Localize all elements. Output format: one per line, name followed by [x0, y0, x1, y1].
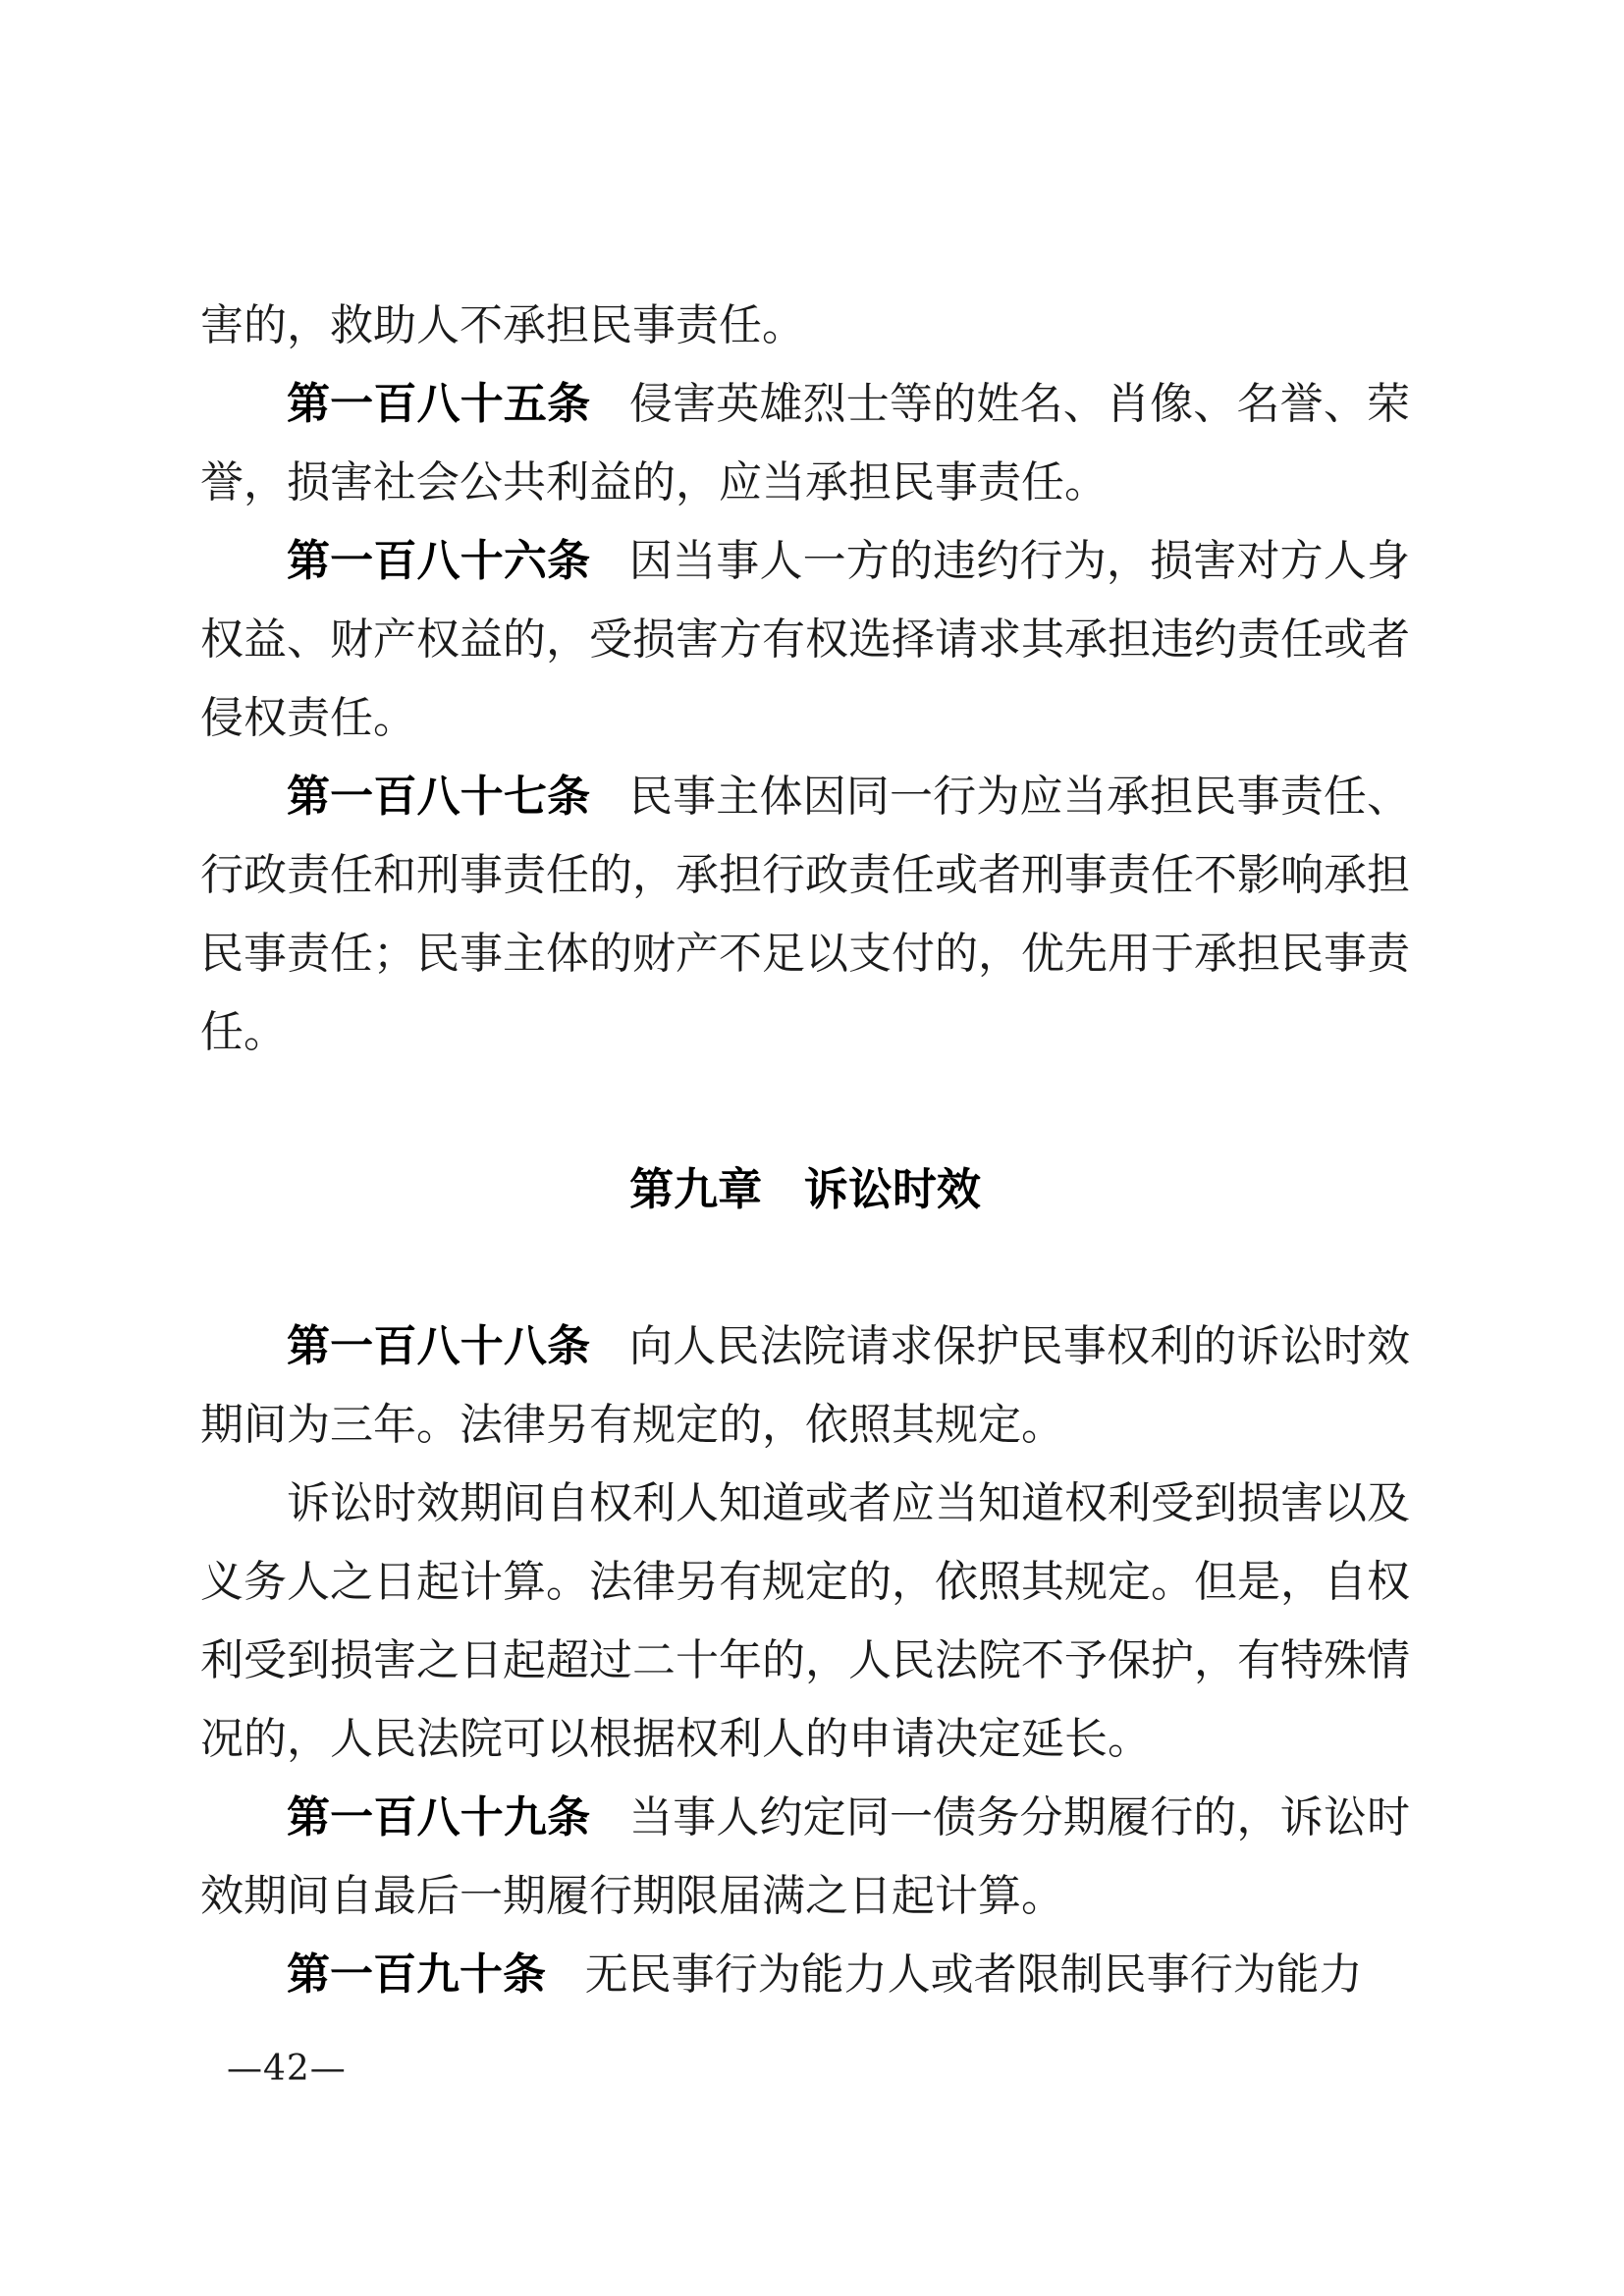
- page-number: —42—: [227, 2050, 347, 2089]
- paragraph-continuation: 害的，救助人不承担民事责任。: [200, 287, 1410, 365]
- paragraph-article-187: 第一百八十七条民事主体因同一行为应当承担民事责任、行政责任和刑事责任的，承担行政…: [200, 758, 1410, 1072]
- paragraph-article-185: 第一百八十五条侵害英雄烈士等的姓名、肖像、名誉、荣誉，损害社会公共利益的，应当承…: [200, 365, 1410, 522]
- chapter-title: 诉讼时效: [804, 1163, 981, 1215]
- article-188-clause-2-text: 诉讼时效期间自权利人知道或者应当知道权利受到损害以及义务人之日起计算。法律另有规…: [200, 1478, 1410, 1764]
- paragraph-article-188-clause-2: 诉讼时效期间自权利人知道或者应当知道权利受到损害以及义务人之日起计算。法律另有规…: [200, 1465, 1410, 1779]
- paragraph-continuation-text: 害的，救助人不承担民事责任。: [200, 300, 805, 350]
- article-text-190: 无民事行为能力人或者限制民事行为能力: [585, 1949, 1363, 2000]
- document-body: 害的，救助人不承担民事责任。 第一百八十五条侵害英雄烈士等的姓名、肖像、名誉、荣…: [200, 287, 1410, 2014]
- paragraph-article-186: 第一百八十六条因当事人一方的违约行为，损害对方人身权益、财产权益的，受损害方有权…: [200, 522, 1410, 758]
- document-page: 害的，救助人不承担民事责任。 第一百八十五条侵害英雄烈士等的姓名、肖像、名誉、荣…: [0, 0, 1624, 2296]
- article-number-189: 第一百八十九条: [287, 1792, 590, 1842]
- article-number-190: 第一百九十条: [287, 1949, 546, 2000]
- paragraph-article-188: 第一百八十八条向人民法院请求保护民事权利的诉讼时效期间为三年。法律另有规定的，依…: [200, 1308, 1410, 1465]
- article-number-188: 第一百八十八条: [287, 1321, 590, 1371]
- chapter-heading: 第九章诉讼时效: [200, 1150, 1410, 1229]
- article-number-186: 第一百八十六条: [287, 536, 590, 586]
- chapter-number: 第九章: [629, 1163, 762, 1215]
- article-number-187: 第一百八十七条: [287, 772, 590, 822]
- paragraph-article-189: 第一百八十九条当事人约定同一债务分期履行的，诉讼时效期间自最后一期履行期限届满之…: [200, 1779, 1410, 1936]
- article-number-185: 第一百八十五条: [287, 379, 590, 429]
- paragraph-article-190: 第一百九十条无民事行为能力人或者限制民事行为能力: [200, 1936, 1410, 2014]
